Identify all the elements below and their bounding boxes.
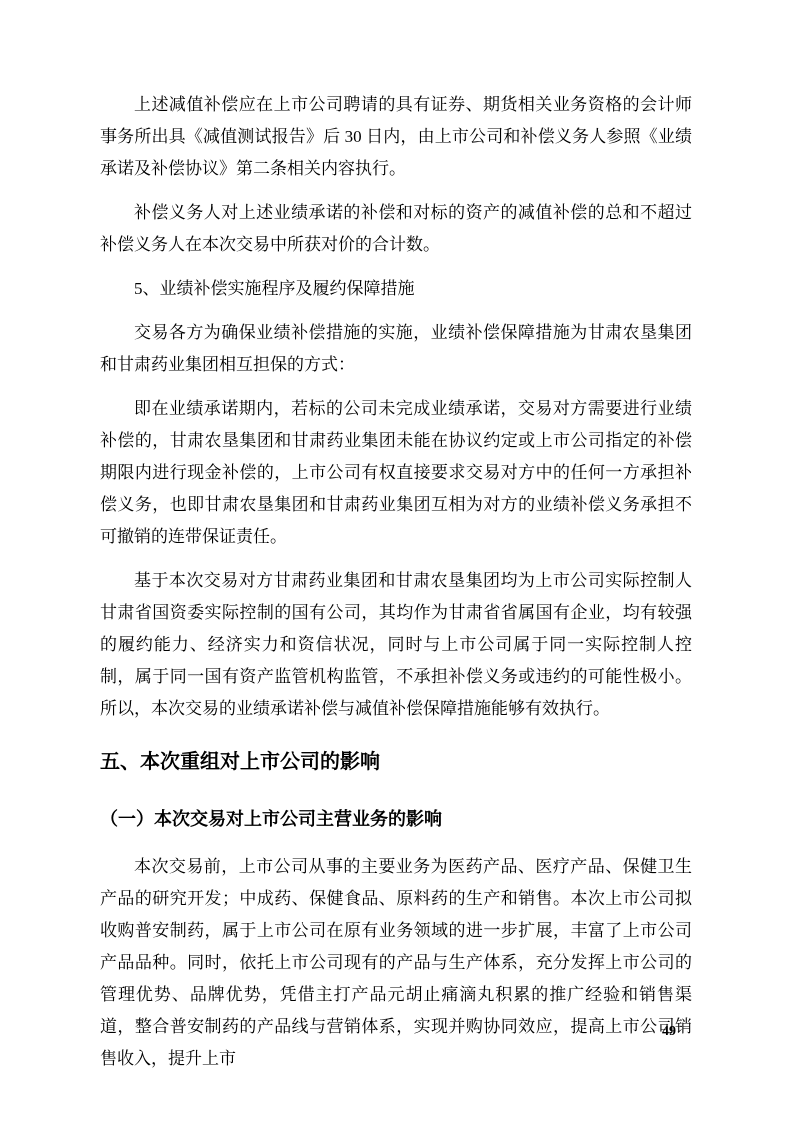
page-number: 49 (662, 1024, 676, 1040)
numbered-heading-5: 5、业绩补偿实施程序及履约保障措施 (100, 273, 692, 305)
section-heading-five: 五、本次重组对上市公司的影响 (100, 747, 692, 777)
document-page: 上述减值补偿应在上市公司聘请的具有证券、期货相关业务资格的会计师事务所出具《减值… (0, 0, 793, 1122)
subsection-heading-one: （一）本次交易对上市公司主营业务的影响 (100, 805, 692, 833)
paragraph-guarantee-intro: 交易各方为确保业绩补偿措施的实施，业绩补偿保障措施为甘肃农垦集团和甘肃药业集团相… (100, 317, 692, 381)
page-content: 上述减值补偿应在上市公司聘请的具有证券、期货相关业务资格的会计师事务所出具《减值… (100, 89, 692, 1087)
paragraph-main-business-impact: 本次交易前，上市公司从事的主要业务为医药产品、医疗产品、保健卫生产品的研究开发；… (100, 851, 692, 1075)
paragraph-impairment-compensation: 上述减值补偿应在上市公司聘请的具有证券、期货相关业务资格的会计师事务所出具《减值… (100, 89, 692, 185)
paragraph-state-owned-basis: 基于本次交易对方甘肃药业集团和甘肃农垦集团均为上市公司实际控制人甘肃省国资委实际… (100, 565, 692, 725)
paragraph-mutual-guarantee: 即在业绩承诺期内，若标的公司未完成业绩承诺，交易对方需要进行业绩补偿的，甘肃农垦… (100, 393, 692, 553)
paragraph-compensation-cap: 补偿义务人对上述业绩承诺的补偿和对标的资产的减值补偿的总和不超过补偿义务人在本次… (100, 197, 692, 261)
